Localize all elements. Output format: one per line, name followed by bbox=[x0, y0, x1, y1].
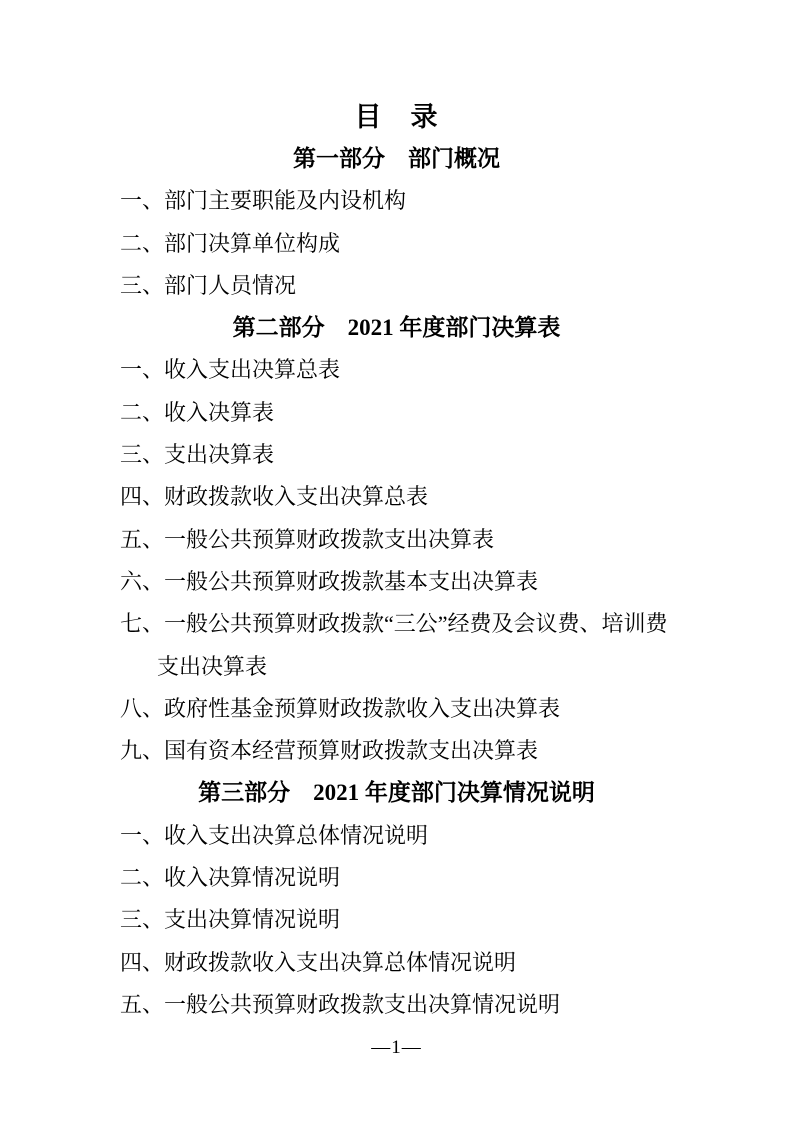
toc-item: 九、国有资本经营预算财政拨款支出决算表 bbox=[0, 730, 793, 772]
toc-section-part3: 第三部分 2021 年度部门决算情况说明 一、收入支出决算总体情况说明 二、收入… bbox=[0, 772, 793, 1026]
section-part3-heading: 第三部分 2021 年度部门决算情况说明 bbox=[0, 772, 793, 814]
toc-item: 三、部门人员情况 bbox=[0, 265, 793, 307]
toc-item: 四、财政拨款收入支出决算总表 bbox=[0, 476, 793, 518]
section-part2-heading: 第二部分 2021 年度部门决算表 bbox=[0, 307, 793, 349]
toc-title: 目 录 bbox=[0, 0, 793, 138]
page-number: —1— bbox=[0, 1036, 793, 1060]
toc-section-part1: 第一部分 部门概况 一、部门主要职能及内设机构 二、部门决算单位构成 三、部门人… bbox=[0, 138, 793, 307]
section-part1-heading: 第一部分 部门概况 bbox=[0, 138, 793, 180]
toc-item: 七、一般公共预算财政拨款“三公”经费及会议费、培训费 支出决算表 bbox=[0, 603, 793, 688]
toc-item: 五、一般公共预算财政拨款支出决算表 bbox=[0, 519, 793, 561]
toc-item: 二、部门决算单位构成 bbox=[0, 223, 793, 265]
toc-item: 一、收入支出决算总体情况说明 bbox=[0, 815, 793, 857]
toc-item: 三、支出决算情况说明 bbox=[0, 899, 793, 941]
toc-item: 八、政府性基金预算财政拨款收入支出决算表 bbox=[0, 688, 793, 730]
toc-item: 二、收入决算情况说明 bbox=[0, 857, 793, 899]
toc-item: 一、收入支出决算总表 bbox=[0, 349, 793, 391]
toc-item: 一、部门主要职能及内设机构 bbox=[0, 180, 793, 222]
toc-item: 四、财政拨款收入支出决算总体情况说明 bbox=[0, 942, 793, 984]
toc-section-part2: 第二部分 2021 年度部门决算表 一、收入支出决算总表 二、收入决算表 三、支… bbox=[0, 307, 793, 772]
toc-item: 三、支出决算表 bbox=[0, 434, 793, 476]
document-page: 目 录 第一部分 部门概况 一、部门主要职能及内设机构 二、部门决算单位构成 三… bbox=[0, 0, 793, 1122]
toc-item: 五、一般公共预算财政拨款支出决算情况说明 bbox=[0, 984, 793, 1026]
toc-item: 二、收入决算表 bbox=[0, 392, 793, 434]
toc-item: 六、一般公共预算财政拨款基本支出决算表 bbox=[0, 561, 793, 603]
